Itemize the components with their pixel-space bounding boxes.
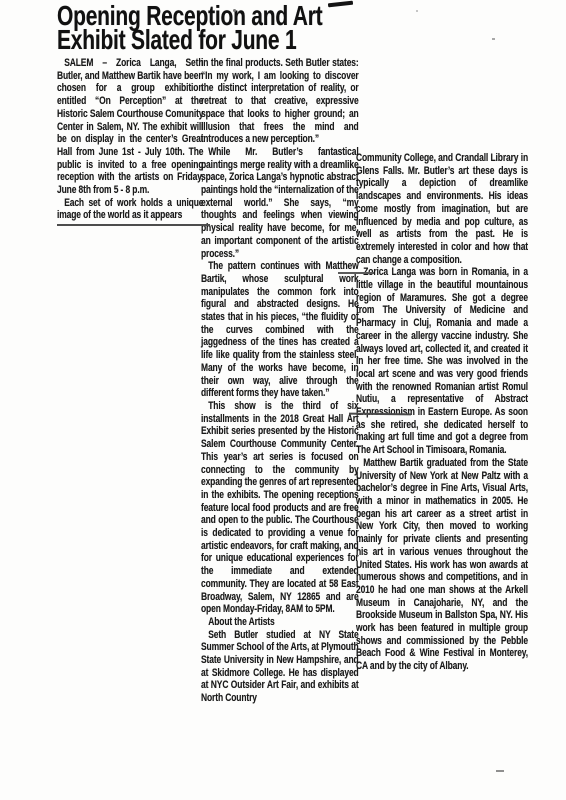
article-paragraph: SALEM – Zorica Langa, Seth Butler, and M… bbox=[57, 57, 203, 197]
article-paragraph: Zorica Langa was born in Romania, in a l… bbox=[356, 266, 528, 457]
article-paragraph: Seth Butler studied at NY State Summer S… bbox=[201, 629, 359, 705]
article-column-left: SALEM – Zorica Langa, Seth Butler, and M… bbox=[57, 57, 203, 222]
scan-speck bbox=[233, 9, 236, 12]
article-headline: Opening Reception and Art Exhibit Slated… bbox=[57, 4, 447, 51]
article-paragraph: About the Artists bbox=[201, 616, 359, 629]
article-paragraph: This show is the third of six installmen… bbox=[201, 400, 359, 616]
article-paragraph: The pattern continues with Matthew Barti… bbox=[201, 260, 359, 400]
article-paragraph: While Mr. Butler’s fantastical paintings… bbox=[201, 146, 359, 260]
scan-speck bbox=[416, 10, 418, 12]
scan-speck bbox=[496, 770, 504, 772]
headline-line-2: Exhibit Slated for June 1 bbox=[57, 28, 447, 52]
article-paragraph: Each set of work holds a unique image of… bbox=[57, 197, 203, 222]
article-paragraph: Community College, and Crandall Library … bbox=[356, 152, 528, 266]
scan-rule-strip-edge bbox=[338, 272, 374, 274]
article-column-middle: in the final products. Seth Butler state… bbox=[201, 57, 359, 705]
scanned-newspaper-page: Opening Reception and Art Exhibit Slated… bbox=[0, 0, 566, 800]
article-paragraph: in the final products. Seth Butler state… bbox=[201, 57, 359, 146]
scan-rule-under-left-column bbox=[57, 224, 210, 226]
article-paragraph: Matthew Bartik graduated from the State … bbox=[356, 457, 528, 673]
scan-speck bbox=[492, 38, 495, 40]
